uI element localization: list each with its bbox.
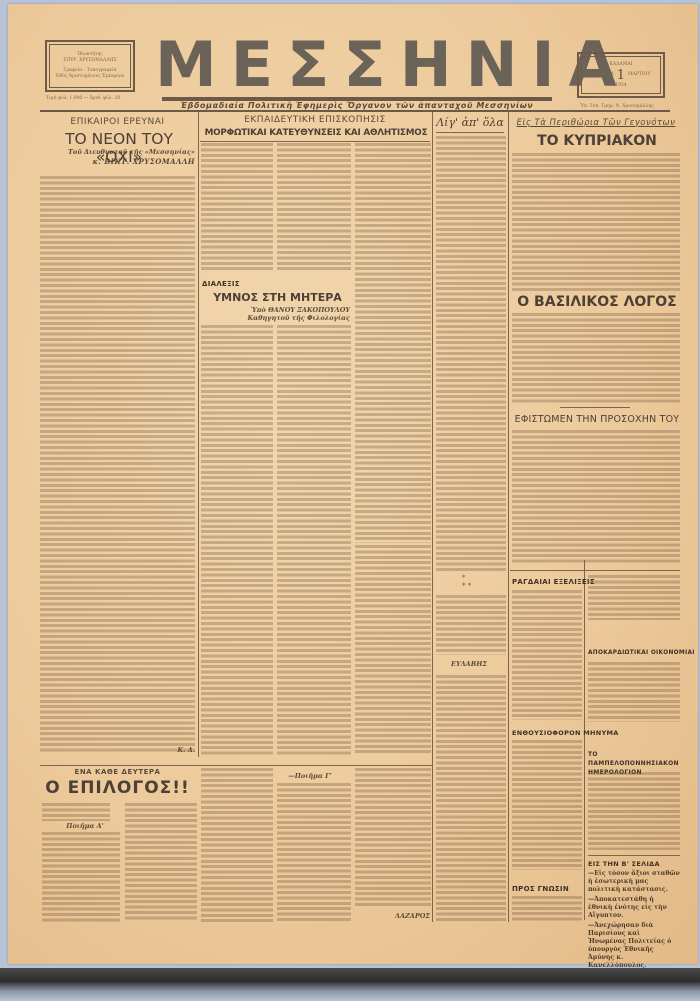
oxi-byline-role: Τοῦ Διευθυντοῦ τῆς «Μεσσηνίας» [60, 148, 195, 156]
mother-section: ΔΙΑΛΕΞΙΣ [202, 280, 240, 288]
date-box: ΚΑΛΑΜΑΙ ΔΕΥΤΕΡΑ 1 ΜΑΡΤΙΟΥ 1954 [577, 52, 665, 98]
epilogos-top-rule [40, 765, 432, 766]
education-headline: ΜΟΡΦΩΤΙΚΑΙ ΚΑΤΕΥΘΥΝΣΕΙΣ ΚΑΙ ΑΘΛΗΤΙΣΜΟΣ [200, 128, 432, 138]
kypriakon-headline: ΤΟ ΚΥΠΡΙΑΚΟΝ [512, 133, 682, 149]
second-page-rule [588, 855, 680, 856]
epilogos-col-3 [201, 768, 273, 922]
mother-body-col-1 [201, 325, 273, 755]
kypriakon-kicker: Εἰς Τὰ Περιθώρια Τῶν Γεγονότων [512, 118, 680, 128]
brief-body-3 [512, 740, 582, 870]
date-day: 1 [617, 68, 625, 83]
date-month: ΜΑΡΤΙΟΥ [628, 72, 650, 78]
ligo-apola-body [436, 136, 506, 571]
brief-heading-3: ΕΝΘΟΥΣΙΟΦΟΡΟΝ ΜΗΝΥΜΑ [512, 729, 619, 737]
masthead-title: ΜΕΣΣΗΝΙΑ [155, 30, 550, 100]
epilogos-subhead: Ποιῆμα Α' [40, 822, 130, 830]
brief-heading-5: ΠΡΟΣ ΓΝΩΣΙΝ [512, 885, 569, 893]
masthead-subtitle: Ἑβδομαδιαία Πολιτικὴ Ἐφημερὶς Ὄργανον τῶ… [162, 101, 552, 110]
publisher-box: Ἰδιοκτήτης ΣΠΥΡ. ΧΡΥΣΟΜΑΛΛΗΣ Γραφεῖα - Τ… [45, 40, 135, 92]
column-rule [508, 112, 509, 922]
education-body-col-2 [277, 143, 351, 271]
column-rule [198, 112, 199, 757]
education-body-col-1 [201, 143, 273, 271]
price-note: Τιμὴ φύλ. 1.000 — Ἀριθ. φύλ. 20 [46, 96, 120, 101]
epilogos-headline: Ο ΕΠΙΛΟΓΟΣ!! [40, 778, 195, 798]
royal-speech-headline: Ο ΒΑΣΙΛΙΚΟΣ ΛΟΓΟΣ [512, 294, 682, 310]
second-page-item: —Ἀνεχώρησαν διὰ Παρισίους καὶ Ἡνωμένας Π… [588, 922, 680, 970]
epilogos-col-2 [125, 803, 197, 922]
mother-byline-name: Ὑπὸ ΘΑΝΟΥ ΞΑΚΟΠΟΥΛΟΥ [200, 306, 350, 314]
epilogos-subhead-2: —Ποιῆμα Γ' [280, 772, 340, 780]
education-rule [200, 141, 430, 142]
mother-byline-title: Καθηγητοῦ τῆς Φιλολογίας [200, 314, 350, 322]
royal-speech-rule [560, 407, 630, 408]
office-address: Ὁδὸς Ἀριστομένους Ἐμπορίου [56, 74, 125, 80]
epilogos-col-1 [42, 832, 120, 922]
epilogos-kicker: ΕΝΑ ΚΑΘΕ ΔΕΥΤΕΡΑ [40, 768, 195, 776]
second-page-heading: ΕΙΣ ΤΗΝ Β' ΣΕΛΙΔΑ [588, 860, 660, 868]
education-body-col-3 [355, 143, 431, 543]
column-rule [584, 560, 585, 920]
attention-body [512, 430, 680, 565]
ligo-apola-signature: ΕΥΛΑΒΗΣ [436, 660, 502, 668]
kypriakon-body [512, 153, 680, 293]
publisher-name: ΣΠΥΡ. ΧΡΥΣΟΜΑΛΛΗΣ [63, 58, 117, 64]
royal-speech-body [512, 313, 680, 403]
section-separator: ** * [462, 574, 471, 590]
epilogos-intro [42, 803, 110, 821]
oxi-kicker: ΕΠΙΚΑΙΡΟΙ ΕΡΕΥΝΑΙ [40, 117, 195, 127]
mother-headline: ΥΜΝΟΣ ΣΤΗ ΜΗΤΕΡΑ [200, 291, 355, 304]
column-rule [432, 112, 433, 922]
epilogos-signature: ΛΑΖΑΡΟΣ [380, 912, 430, 920]
oxi-body-text [40, 176, 195, 754]
brief-body-5 [512, 896, 582, 921]
education-kicker: ΕΚΠΑΙΔΕΥΤΙΚΗ ΕΠΙΣΚΟΠΗΣΙΣ [200, 115, 430, 125]
mother-body-col-3 [355, 545, 431, 755]
second-page-list: —Εἰς τόσον ἄξιοι σταθῶν ἡ ἐσωτερικὴ μας … [588, 870, 680, 972]
second-page-item: —Εἰς τόσον ἄξιοι σταθῶν ἡ ἐσωτερικὴ μας … [588, 870, 680, 894]
date-weekday: ΔΕΥΤΕΡΑ [592, 72, 614, 78]
brief-body-2 [588, 662, 680, 722]
brief-body-1 [512, 590, 582, 720]
scanner-edge [0, 968, 700, 1001]
epilogos-col-4 [277, 783, 351, 922]
ligo-apola-headline: Λίγ' ἀπ' ὅλα [436, 116, 504, 129]
attention-headline: ΕΦΙΣΤΩΜΕΝ ΤΗΝ ΠΡΟΣΟΧΗΝ ΤΟΥ [512, 414, 682, 425]
epilogos-col-5 [355, 768, 431, 908]
ligo-apola-body-lower [436, 595, 506, 655]
mother-body-col-2 [277, 325, 351, 755]
editor-note: Ὑπ. Τυπ. Τμημ. Ν. Χρυσομάλλης [580, 104, 654, 109]
continued-col [436, 675, 506, 923]
ligo-apola-rule [436, 132, 504, 133]
oxi-signature: Κ. Δ. [140, 746, 195, 754]
brief-heading-2: ΑΠΟΚΑΡΔΙΩΤΙΚΑΙ ΟΙΚΟΝΟΜΙΑΙ [588, 650, 695, 656]
date-year: 1954 [615, 83, 626, 89]
oxi-byline-name: κ. ΒΙΚΤ. ΧΡΥΣΟΜΑΛΛΗ [60, 157, 195, 166]
brief-heading-1: ΡΑΓΔΑΙΑΙ ΕΞΕΛΙΞΕΙΣ [512, 578, 595, 586]
brief-body-4 [588, 772, 680, 850]
brief-body-2-top [588, 575, 680, 620]
masthead-bottom-rule [40, 110, 670, 112]
attention-rule [510, 570, 680, 571]
second-page-item: —Ἀποκατεστάθη ἡ ἐθνικὴ ἐνότης εἰς τὴν Αἴ… [588, 896, 680, 920]
